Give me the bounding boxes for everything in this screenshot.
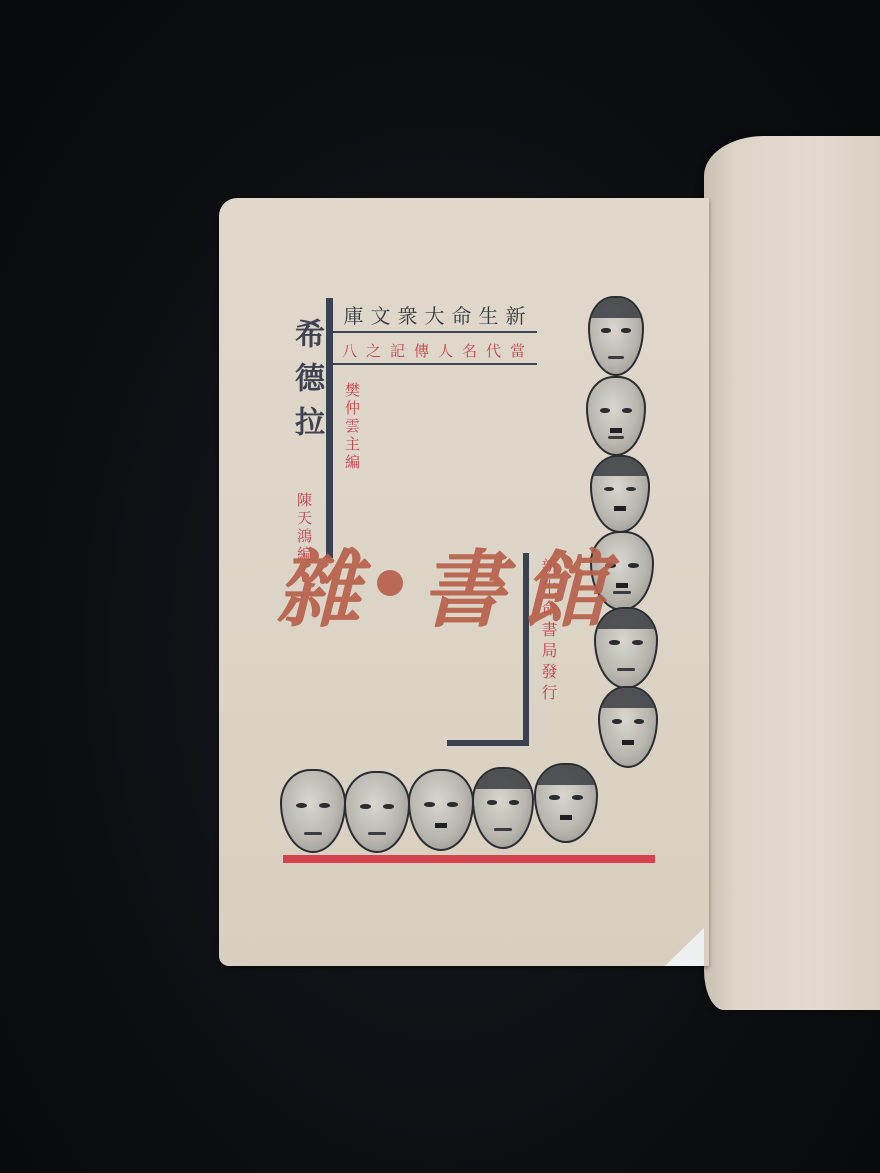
series-rule-bottom [333,363,537,365]
watermark-char-1: 雜 [276,523,360,644]
curled-right-page [704,136,880,1010]
watermark-char-2: 書 [421,523,505,644]
bottom-red-rule [283,855,655,863]
watermark: 雜 書 館 [276,528,606,638]
series-subtitle: 當代名人傳記之八 [340,340,536,361]
series-rule-top [333,331,537,333]
editor-in-chief: 樊仲雲主編 [342,382,363,472]
publisher-horizontal-bar [447,740,529,746]
watermark-dot [377,570,403,596]
book-title: 希德拉 [284,318,328,450]
series-title: 新生命大衆文庫 [340,300,536,329]
watermark-char-3: 館 [522,523,606,644]
